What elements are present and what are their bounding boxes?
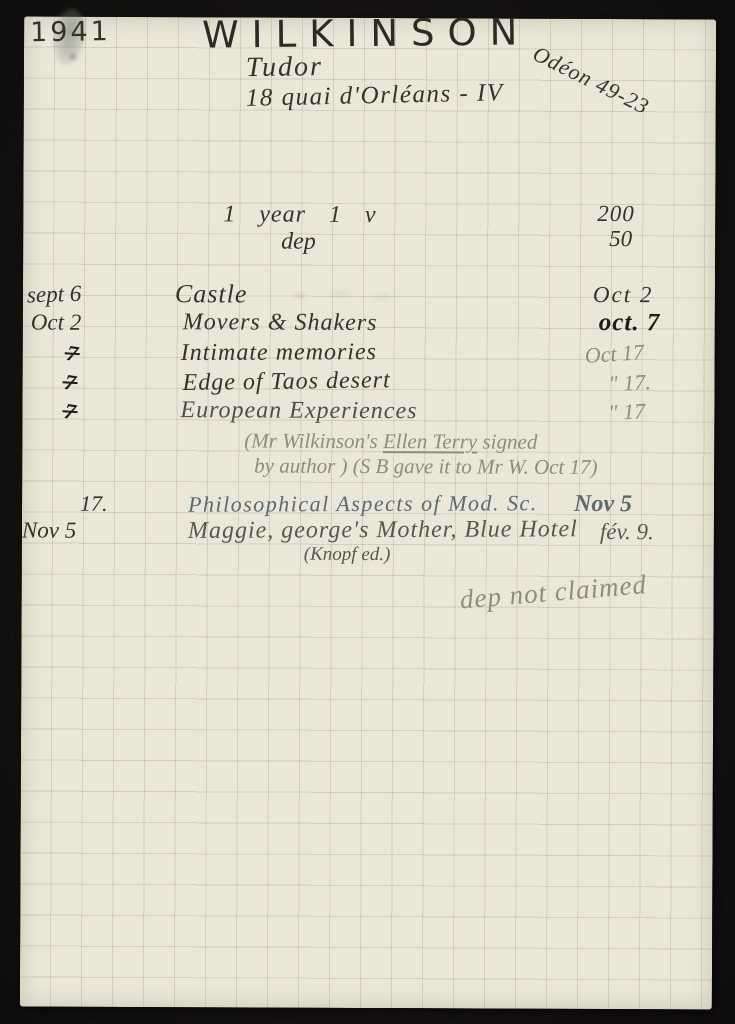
book-title: Intimate memories bbox=[181, 339, 377, 367]
return-date: " 17. bbox=[608, 369, 651, 397]
return-date: Oct 2 bbox=[593, 282, 654, 308]
gift-note-line1: (Mr Wilkinson's Ellen Terry signed bbox=[244, 428, 537, 454]
member-address: 18 quai d'Orléans - IV bbox=[246, 79, 504, 113]
book-title: Philosophical Aspects of Mod. Sc. bbox=[188, 490, 538, 518]
edition-note: (Knopf ed.) bbox=[304, 544, 391, 566]
entry-date-ditto-7: 7 bbox=[63, 369, 78, 396]
ink-speck bbox=[68, 51, 78, 63]
subscription-amount: 200 bbox=[597, 201, 635, 227]
deposit-not-claimed-note: dep not claimed bbox=[459, 569, 648, 615]
deposit-label: dep bbox=[281, 229, 316, 256]
scanned-photo-background: { "colors": { "background": "#141111", "… bbox=[0, 0, 735, 1024]
card-year: 1941 bbox=[30, 16, 111, 48]
entry-date: sept 6 bbox=[27, 281, 82, 309]
book-title: Maggie, george's Mother, Blue Hotel bbox=[188, 516, 578, 545]
entry-date-ditto-7: 7 bbox=[65, 340, 80, 367]
entry-date: 17. bbox=[80, 491, 108, 517]
return-date: fév. 9. bbox=[600, 519, 654, 545]
deposit-amount: 50 bbox=[609, 226, 632, 252]
member-first-name: Tudor bbox=[246, 51, 323, 84]
entry-date: Oct 2 bbox=[31, 310, 82, 336]
book-title: Castle bbox=[175, 279, 248, 309]
gift-note-line2: by author ) (S B gave it to Mr W. Oct 17… bbox=[254, 454, 597, 480]
member-phone: Odéon 49-23 bbox=[529, 41, 654, 120]
member-surname: WILKINSON bbox=[202, 10, 531, 56]
book-title: Edge of Taos desert bbox=[182, 367, 390, 397]
return-date: " 17 bbox=[608, 398, 646, 426]
entry-date-ditto-7: 7 bbox=[62, 398, 77, 425]
erased-pencil-smudge bbox=[285, 284, 415, 307]
return-date: oct. 7 bbox=[599, 309, 661, 337]
underlined-book-title: Ellen Terry bbox=[383, 429, 477, 453]
book-title: Movers & Shakers bbox=[183, 309, 378, 337]
return-date: Nov 5 bbox=[574, 491, 632, 518]
book-title: European Experiences bbox=[180, 397, 417, 425]
entry-date: Nov 5 bbox=[22, 517, 76, 543]
subscription-terms: 1 year 1 v bbox=[223, 201, 376, 229]
library-card: 1941 WILKINSON Tudor 18 quai d'Orléans -… bbox=[20, 16, 716, 1009]
return-date: Oct 17 bbox=[584, 339, 645, 369]
